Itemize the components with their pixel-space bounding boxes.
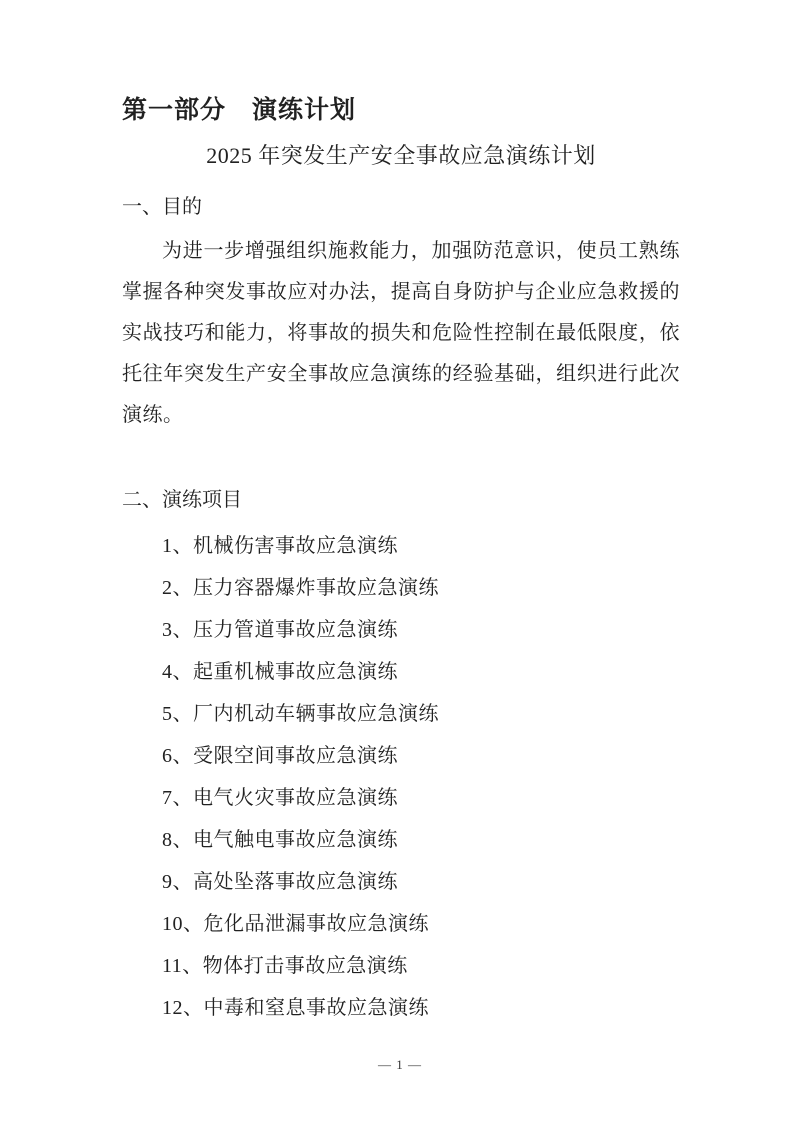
drill-item: 11、物体打击事故应急演练 [162, 945, 680, 987]
drill-item: 1、机械伤害事故应急演练 [162, 525, 680, 567]
doc-title: 2025 年突发生产安全事故应急演练计划 [122, 141, 680, 171]
drill-item: 6、受限空间事故应急演练 [162, 735, 680, 777]
drill-item: 8、电气触电事故应急演练 [162, 819, 680, 861]
part-title: 第一部分 演练计划 [122, 94, 680, 128]
page-number: — 1 — [0, 1057, 800, 1073]
document-page: 第一部分 演练计划 2025 年突发生产安全事故应急演练计划 一、目的 为进一步… [0, 0, 800, 1131]
section-heading-purpose: 一、目的 [122, 193, 680, 221]
drill-item: 9、高处坠落事故应急演练 [162, 861, 680, 903]
drill-item: 2、压力容器爆炸事故应急演练 [162, 567, 680, 609]
page-content: 第一部分 演练计划 2025 年突发生产安全事故应急演练计划 一、目的 为进一步… [0, 0, 800, 1029]
section-heading-drill-items: 二、演练项目 [122, 486, 680, 514]
drill-item: 5、厂内机动车辆事故应急演练 [162, 693, 680, 735]
purpose-paragraph: 为进一步增强组织施救能力，加强防范意识，使员工熟练掌握各种突发事故应对办法，提高… [122, 231, 680, 436]
drill-item: 12、中毒和窒息事故应急演练 [162, 987, 680, 1029]
drill-item: 3、压力管道事故应急演练 [162, 609, 680, 651]
drill-item-list: 1、机械伤害事故应急演练 2、压力容器爆炸事故应急演练 3、压力管道事故应急演练… [122, 525, 680, 1029]
drill-item: 7、电气火灾事故应急演练 [162, 777, 680, 819]
drill-item: 10、危化品泄漏事故应急演练 [162, 903, 680, 945]
drill-item: 4、起重机械事故应急演练 [162, 651, 680, 693]
